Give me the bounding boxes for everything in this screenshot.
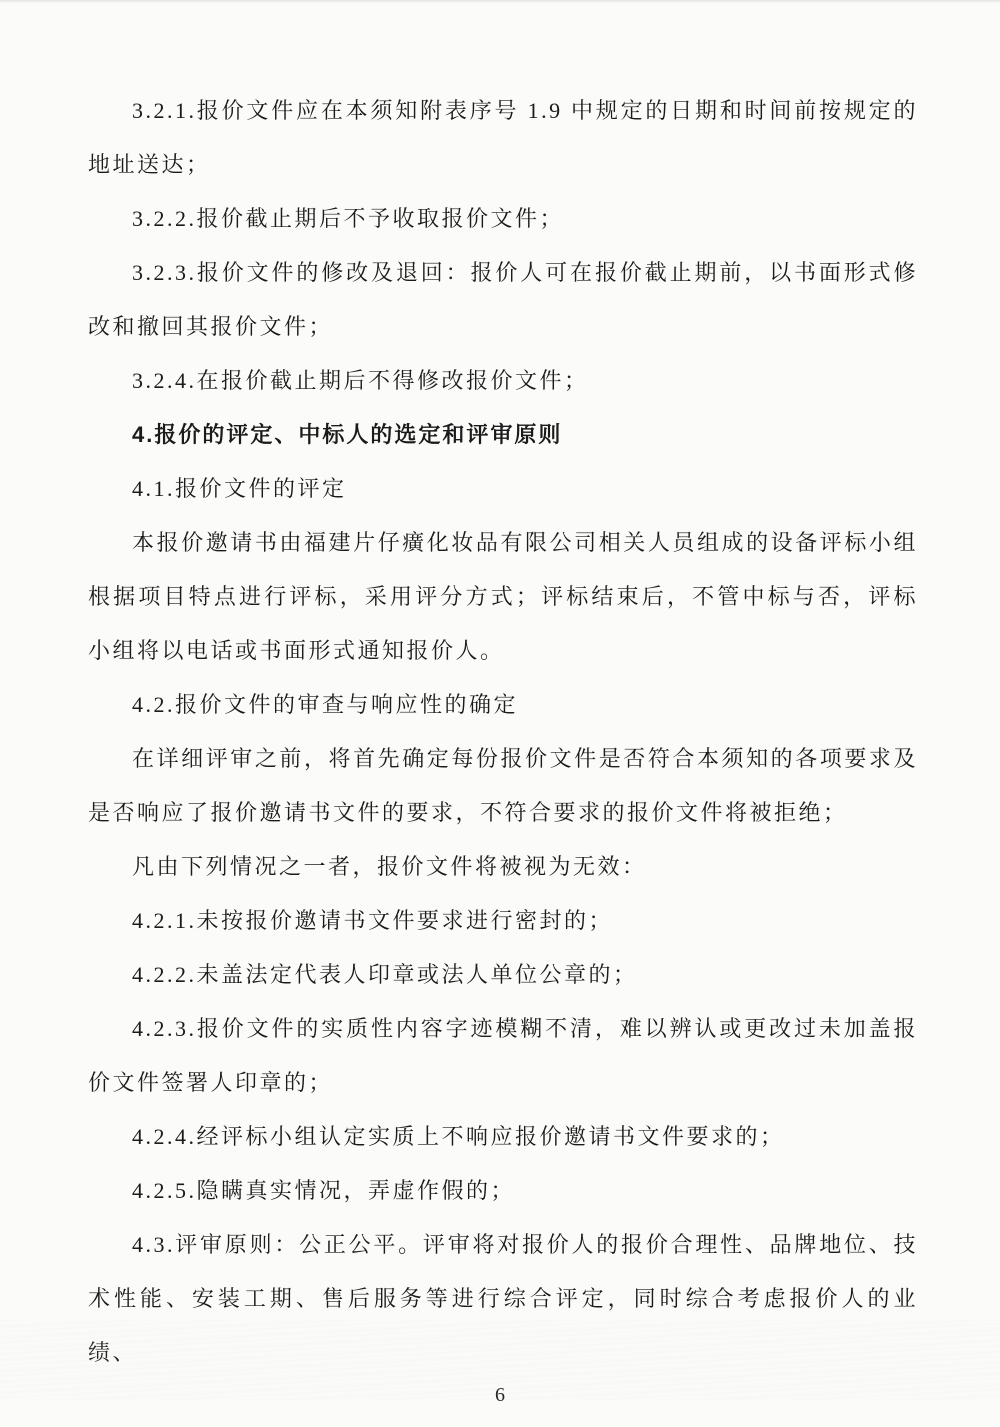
section-heading-4: 4.报价的评定、中标人的选定和评审原则 bbox=[88, 408, 918, 462]
para-4-2-title: 4.2.报价文件的审查与响应性的确定 bbox=[88, 678, 918, 732]
page-footer: 6 bbox=[0, 1384, 1000, 1407]
para-3-2-2: 3.2.2.报价截止期后不予收取报价文件； bbox=[88, 192, 918, 246]
para-4-2-5: 4.2.5.隐瞒真实情况，弄虚作假的； bbox=[88, 1164, 918, 1218]
para-4-2-body-2: 凡由下列情况之一者，报价文件将被视为无效： bbox=[88, 840, 918, 894]
scanned-document-page: { "colors": { "paper": "#fbfbf9", "ink":… bbox=[0, 0, 1000, 1427]
para-4-2-body-1: 在详细评审之前，将首先确定每份报价文件是否符合本须知的各项要求及是否响应了报价邀… bbox=[88, 732, 918, 840]
para-3-2-4: 3.2.4.在报价截止期后不得修改报价文件； bbox=[88, 354, 918, 408]
para-4-2-1: 4.2.1.未按报价邀请书文件要求进行密封的； bbox=[88, 894, 918, 948]
para-4-1-title: 4.1.报价文件的评定 bbox=[88, 462, 918, 516]
para-3-2-1: 3.2.1.报价文件应在本须知附表序号 1.9 中规定的日期和时间前按规定的地址… bbox=[88, 84, 918, 192]
para-3-2-3: 3.2.3.报价文件的修改及退回：报价人可在报价截止期前，以书面形式修改和撤回其… bbox=[88, 246, 918, 354]
scan-edge-artifact bbox=[0, 0, 1000, 3]
document-body: 3.2.1.报价文件应在本须知附表序号 1.9 中规定的日期和时间前按规定的地址… bbox=[88, 84, 918, 1380]
para-4-2-3: 4.2.3.报价文件的实质性内容字迹模糊不清，难以辨认或更改过未加盖报价文件签署… bbox=[88, 1002, 918, 1110]
page-number: 6 bbox=[495, 1384, 505, 1406]
para-4-2-4: 4.2.4.经评标小组认定实质上不响应报价邀请书文件要求的； bbox=[88, 1110, 918, 1164]
para-4-3: 4.3.评审原则：公正公平。评审将对报价人的报价合理性、品牌地位、技术性能、安装… bbox=[88, 1218, 918, 1380]
para-4-2-2: 4.2.2.未盖法定代表人印章或法人单位公章的； bbox=[88, 948, 918, 1002]
para-4-1-body: 本报价邀请书由福建片仔癀化妆品有限公司相关人员组成的设备评标小组根据项目特点进行… bbox=[88, 516, 918, 678]
